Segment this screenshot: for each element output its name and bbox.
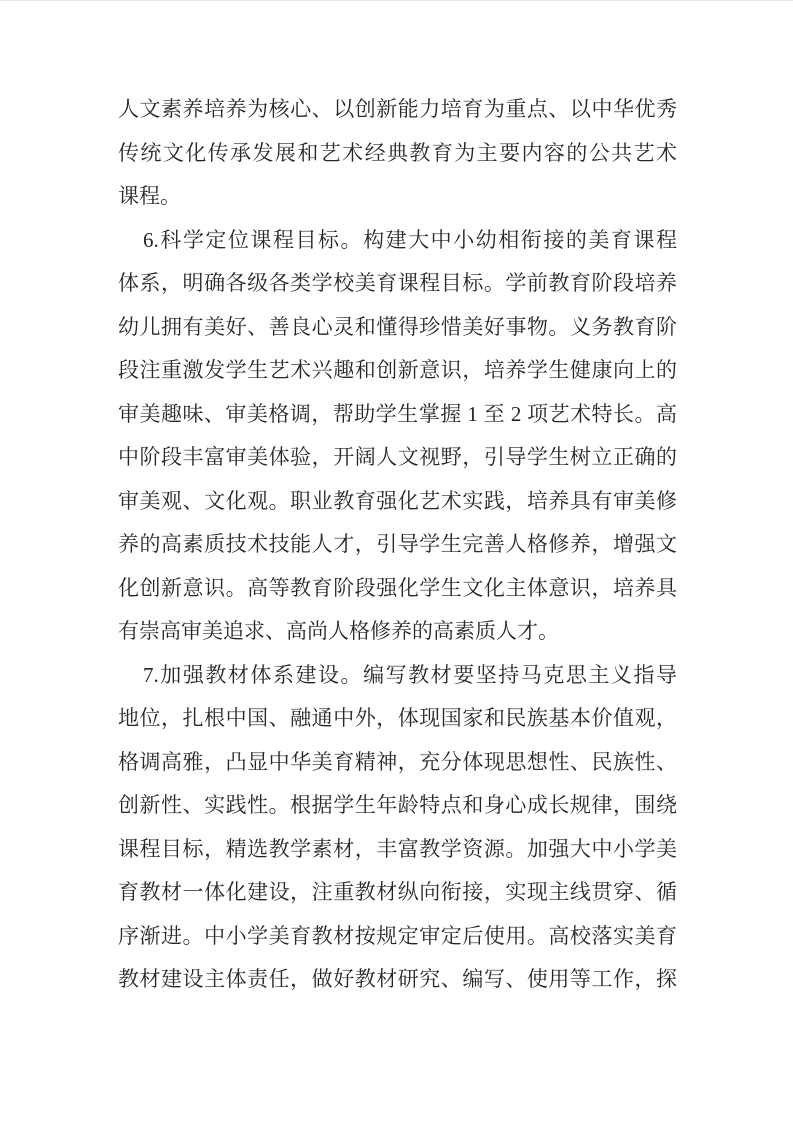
- text-line: 创新性、实践性。根据学生年龄特点和身心成长规律，围绕: [118, 784, 677, 828]
- text-line: 养的高素质技术技能人才，引导学生完善人格修养，增强文: [118, 523, 677, 567]
- text-line: 序渐进。中小学美育教材按规定审定后使用。高校落实美育: [118, 915, 677, 959]
- text-line: 有崇高审美追求、高尚人格修养的高素质人才。: [118, 610, 677, 654]
- text-line: 格调高雅，凸显中华美育精神，充分体现思想性、民族性、: [118, 741, 677, 785]
- text-line: 地位，扎根中国、融通中外，体现国家和民族基本价值观，: [118, 697, 677, 741]
- text-line: 传统文化传承发展和艺术经典教育为主要内容的公共艺术: [118, 132, 677, 176]
- text-line: 教材建设主体责任，做好教材研究、编写、使用等工作，探: [118, 958, 677, 1002]
- text-line: 课程目标，精选教学素材，丰富教学资源。加强大中小学美: [118, 828, 677, 872]
- document-page: 人文素养培养为核心、以创新能力培育为重点、以中华优秀 传统文化传承发展和艺术经典…: [0, 0, 793, 1122]
- text-line: 审美观、文化观。职业教育强化艺术实践，培养具有审美修: [118, 480, 677, 524]
- text-line: 育教材一体化建设，注重教材纵向衔接，实现主线贯穿、循: [118, 871, 677, 915]
- text-line: 课程。: [118, 175, 677, 219]
- text-line: 化创新意识。高等教育阶段强化学生文化主体意识，培养具: [118, 567, 677, 611]
- text-line: 人文素养培养为核心、以创新能力培育为重点、以中华优秀: [118, 88, 677, 132]
- paragraph: 人文素养培养为核心、以创新能力培育为重点、以中华优秀 传统文化传承发展和艺术经典…: [118, 88, 677, 219]
- paragraph-item-6: 6.科学定位课程目标。构建大中小幼相衔接的美育课程 体系，明确各级各类学校美育课…: [118, 219, 677, 654]
- text-line: 体系，明确各级各类学校美育课程目标。学前教育阶段培养: [118, 262, 677, 306]
- paragraph-item-7: 7.加强教材体系建设。编写教材要坚持马克思主义指导 地位，扎根中国、融通中外，体…: [118, 654, 677, 1002]
- text-line: 7.加强教材体系建设。编写教材要坚持马克思主义指导: [118, 654, 677, 698]
- text-line: 幼儿拥有美好、善良心灵和懂得珍惜美好事物。义务教育阶: [118, 306, 677, 350]
- text-line: 6.科学定位课程目标。构建大中小幼相衔接的美育课程: [118, 219, 677, 263]
- text-line: 审美趣味、审美格调，帮助学生掌握 1 至 2 项艺术特长。高: [118, 393, 677, 437]
- text-body: 人文素养培养为核心、以创新能力培育为重点、以中华优秀 传统文化传承发展和艺术经典…: [118, 88, 677, 1002]
- text-line: 段注重激发学生艺术兴趣和创新意识，培养学生健康向上的: [118, 349, 677, 393]
- text-line: 中阶段丰富审美体验，开阔人文视野，引导学生树立正确的: [118, 436, 677, 480]
